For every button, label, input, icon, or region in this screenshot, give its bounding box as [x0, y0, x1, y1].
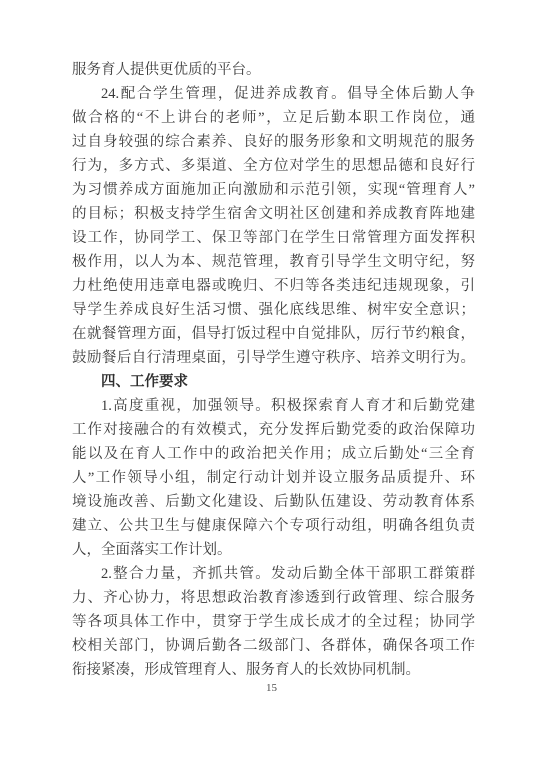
- text-line: 等各项具体工作中，贯穿于学生成长成才的全过程；协同学: [72, 610, 475, 634]
- text-line: 建立、公共卫生与健康保障六个专项行动组，明确各组负责: [72, 514, 475, 538]
- text-line: 过自身较强的综合素养、良好的服务形象和文明规范的服务: [72, 130, 475, 154]
- page-body-text: 服务育人提供更优质的平台。 24.配合学生管理，促进养成教育。倡导全体后勤人争 …: [72, 58, 475, 682]
- text-line: 服务育人提供更优质的平台。: [72, 58, 475, 82]
- text-line: 人”工作领导小组，制定行动计划并设立服务品质提升、环: [72, 466, 475, 490]
- text-line: 的目标；积极支持学生宿舍文明社区创建和养成教育阵地建: [72, 202, 475, 226]
- text-line: 24.配合学生管理，促进养成教育。倡导全体后勤人争: [72, 82, 475, 106]
- text-line: 在就餐管理方面，倡导打饭过程中自觉排队，厉行节约粮食，: [72, 322, 475, 346]
- text-line: 1.高度重视，加强领导。积极探索育人育才和后勤党建: [72, 394, 475, 418]
- text-line: 境设施改善、后勤文化建设、后勤队伍建设、劳动教育体系: [72, 490, 475, 514]
- text-line: 极作用，以人为本、规范管理，教育引导学生文明守纪，努: [72, 250, 475, 274]
- text-line: 人，全面落实工作计划。: [72, 538, 475, 562]
- text-line: 行为，多方式、多渠道、全方位对学生的思想品德和良好行: [72, 154, 475, 178]
- page-number: 15: [0, 682, 543, 694]
- text-line: 做合格的“不上讲台的老师”，立足后勤本职工作岗位，通: [72, 106, 475, 130]
- text-line: 设工作，协同学工、保卫等部门在学生日常管理方面发挥积: [72, 226, 475, 250]
- text-line: 衔接紧凑，形成管理育人、服务育人的长效协同机制。: [72, 658, 475, 682]
- text-line: 校相关部门，协调后勤各二级部门、各群体，确保各项工作: [72, 634, 475, 658]
- text-line: 导学生养成良好生活习惯、强化底线思维、树牢安全意识；: [72, 298, 475, 322]
- section-heading: 四、工作要求: [72, 370, 475, 394]
- text-line: 为习惯养成方面施加正向激励和示范引领，实现“管理育人”: [72, 178, 475, 202]
- text-line: 2.整合力量，齐抓共管。发动后勤全体干部职工群策群: [72, 562, 475, 586]
- text-line: 工作对接融合的有效模式，充分发挥后勤党委的政治保障功: [72, 418, 475, 442]
- text-line: 力、齐心协力，将思想政治教育渗透到行政管理、综合服务: [72, 586, 475, 610]
- text-line: 鼓励餐后自行清理桌面，引导学生遵守秩序、培养文明行为。: [72, 346, 475, 370]
- document-page: 服务育人提供更优质的平台。 24.配合学生管理，促进养成教育。倡导全体后勤人争 …: [0, 0, 543, 768]
- text-line: 力杜绝使用违章电器或晚归、不归等各类违纪违规现象，引: [72, 274, 475, 298]
- text-line: 能以及在育人工作中的政治把关作用；成立后勤处“三全育: [72, 442, 475, 466]
